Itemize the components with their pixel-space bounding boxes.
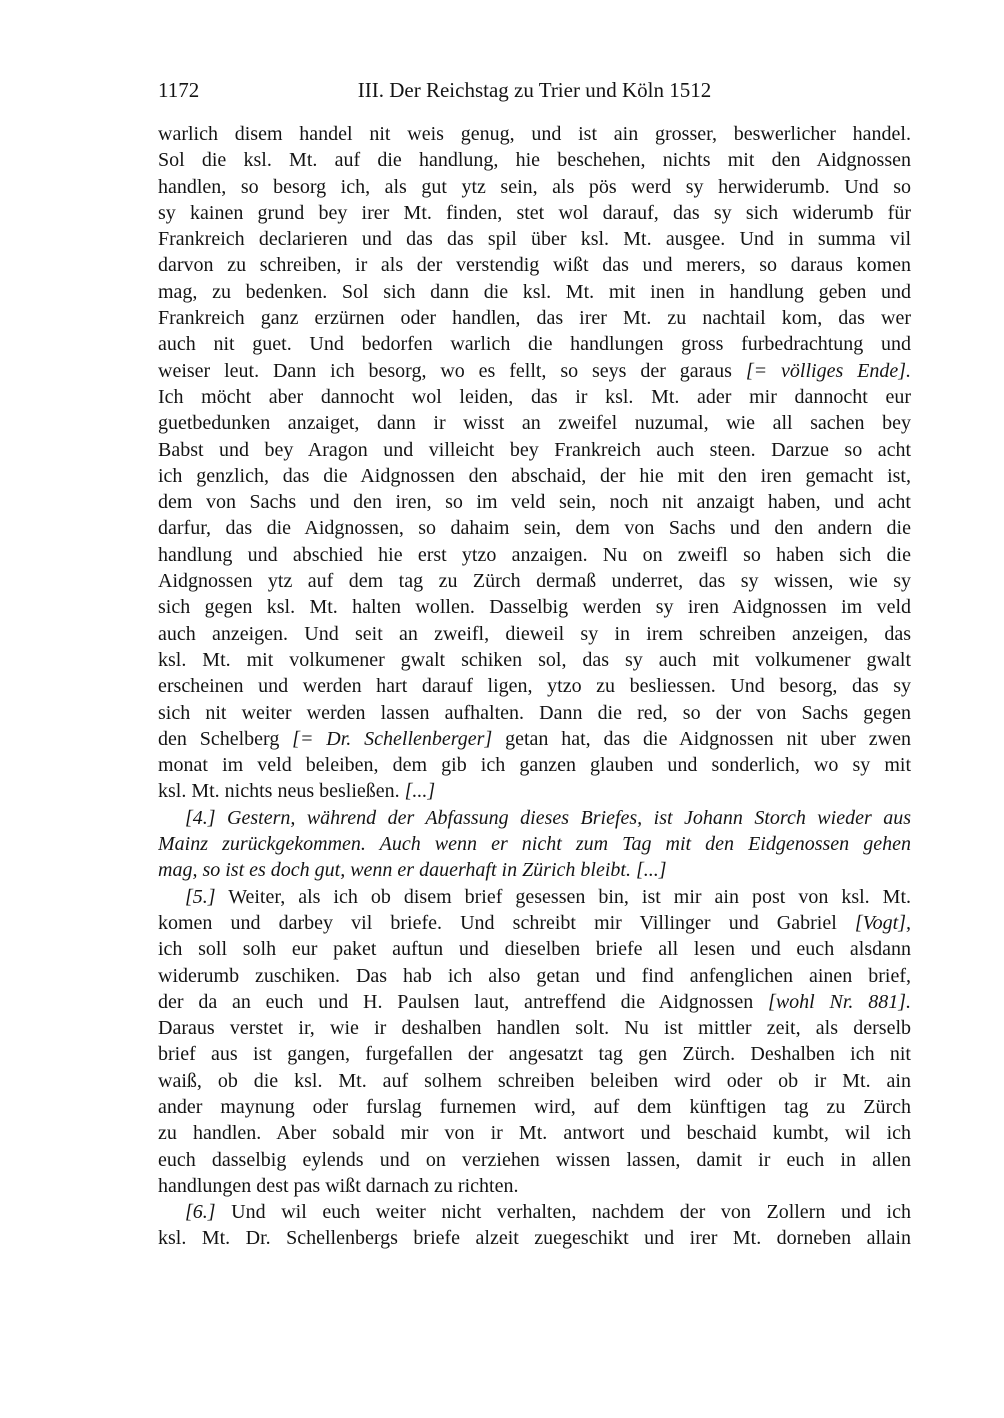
text-segment: zu handlen. Aber sobald mir von ir Mt. a…: [158, 1122, 911, 1144]
text-line: sich nit weiter werden lassen aufhalten.…: [158, 700, 911, 726]
text-segment: sich gegen ksl. Mt. halten wollen. Dasse…: [158, 596, 911, 618]
text-line: Mainz zurückgekommen. Auch wenn er nicht…: [158, 831, 911, 857]
text-segment: handlen, so besorg ich, als gut ytz sein…: [158, 176, 911, 198]
text-segment: Daraus verstet ir, wie ir deshalben hand…: [158, 1017, 911, 1039]
text-segment: sich nit weiter werden lassen aufhalten.…: [158, 702, 911, 724]
text-segment: [5.]: [185, 886, 216, 908]
text-segment: [...]: [405, 780, 436, 802]
text-line: ich genzlich, das die Aidgnossen den abs…: [158, 463, 911, 489]
text-line: Frankreich ganz erzürnen oder handlen, d…: [158, 305, 911, 331]
text-line: Ich möcht aber dannocht wol leiden, das …: [158, 384, 911, 410]
text-line: [6.] Und wil euch weiter nicht verhalten…: [158, 1199, 911, 1225]
text-segment: auch nit guet. Und bedorfen warlich die …: [158, 333, 911, 355]
text-segment: Und wil euch weiter nicht verhalten, nac…: [216, 1201, 911, 1223]
text-segment: Babst und bey Aragon und villeicht bey F…: [158, 439, 911, 461]
text-segment: darfur, das die Aidgnossen, so dahaim se…: [158, 517, 911, 539]
text-segment: waiß, ob die ksl. Mt. auf solhem schreib…: [158, 1070, 911, 1092]
text-segment: dem von Sachs und den iren, so im veld s…: [158, 491, 911, 513]
text-line: ander maynung oder furslag furnemen wird…: [158, 1094, 911, 1120]
text-segment: ich soll solh eur paket auftun und diese…: [158, 938, 911, 960]
text-line: ksl. Mt. nichts neus besließen. [...]: [158, 778, 911, 804]
text-segment: mag, zu bedenken. Sol sich dann die ksl.…: [158, 281, 911, 303]
text-segment: [Vogt],: [855, 912, 911, 934]
text-segment: monat im veld beleiben, dem gib ich ganz…: [158, 754, 911, 776]
text-segment: getan hat, das die Aidgnossen nit uber z…: [492, 728, 911, 750]
running-header: 1172 III. Der Reichstag zu Trier und Köl…: [158, 78, 911, 102]
page-body: warlich disem handel nit weis genug, und…: [158, 121, 911, 1252]
text-segment: guetbedunken anzaiget, dann ir wisst an …: [158, 412, 911, 434]
text-line: weiser leut. Dann ich besorg, wo es fell…: [158, 358, 911, 384]
text-line: Babst und bey Aragon und villeicht bey F…: [158, 437, 911, 463]
text-segment: erscheinen und werden hart darauf ligen,…: [158, 675, 911, 697]
text-segment: der da an euch und H. Paulsen laut, antr…: [158, 991, 768, 1013]
text-segment: auch anzeigen. Und seit an zweifl, diewe…: [158, 623, 911, 645]
text-segment: handlungen dest pas wißt darnach zu rich…: [158, 1175, 518, 1197]
paragraph: [4.] Gestern, während der Abfassung dies…: [158, 805, 911, 884]
text-line: handlen, so besorg ich, als gut ytz sein…: [158, 174, 911, 200]
text-line: der da an euch und H. Paulsen laut, antr…: [158, 989, 911, 1015]
text-segment: den Schelberg: [158, 728, 292, 750]
text-segment: brief aus ist gangen, furgefallen der an…: [158, 1043, 911, 1065]
text-segment: darvon zu schreiben, ir als der verstend…: [158, 254, 911, 276]
text-line: ksl. Mt. Dr. Schellenbergs briefe alzeit…: [158, 1225, 911, 1251]
text-segment: ich genzlich, das die Aidgnossen den abs…: [158, 465, 911, 487]
text-line: Frankreich declarieren und das das spil …: [158, 226, 911, 252]
text-segment: [= völliges Ende].: [746, 360, 911, 382]
paragraph: [5.] Weiter, als ich ob disem brief gese…: [158, 884, 911, 1200]
text-line: ksl. Mt. mit volkumener gwalt schiken so…: [158, 647, 911, 673]
text-segment: widerumb zuschiken. Das hab ich also get…: [158, 965, 911, 987]
text-segment: weiser leut. Dann ich besorg, wo es fell…: [158, 360, 746, 382]
text-line: sich gegen ksl. Mt. halten wollen. Dasse…: [158, 594, 911, 620]
text-segment: komen und darbey vil briefe. Und schreib…: [158, 912, 855, 934]
text-line: handlungen dest pas wißt darnach zu rich…: [158, 1173, 911, 1199]
text-line: mag, so ist es doch gut, wenn er dauerha…: [158, 857, 911, 883]
text-line: ich soll solh eur paket auftun und diese…: [158, 936, 911, 962]
text-line: guetbedunken anzaiget, dann ir wisst an …: [158, 410, 911, 436]
text-segment: ander maynung oder furslag furnemen wird…: [158, 1096, 911, 1118]
text-line: [5.] Weiter, als ich ob disem brief gese…: [158, 884, 911, 910]
text-segment: Frankreich ganz erzürnen oder handlen, d…: [158, 307, 911, 329]
text-line: komen und darbey vil briefe. Und schreib…: [158, 910, 911, 936]
text-line: monat im veld beleiben, dem gib ich ganz…: [158, 752, 911, 778]
text-line: waiß, ob die ksl. Mt. auf solhem schreib…: [158, 1068, 911, 1094]
text-line: widerumb zuschiken. Das hab ich also get…: [158, 963, 911, 989]
text-segment: handlung und abschied hie erst ytzo anza…: [158, 544, 911, 566]
text-line: darfur, das die Aidgnossen, so dahaim se…: [158, 515, 911, 541]
text-segment: Frankreich declarieren und das das spil …: [158, 228, 911, 250]
text-line: zu handlen. Aber sobald mir von ir Mt. a…: [158, 1120, 911, 1146]
text-line: warlich disem handel nit weis genug, und…: [158, 121, 911, 147]
running-head-title: III. Der Reichstag zu Trier und Köln 151…: [158, 78, 911, 102]
text-line: [4.] Gestern, während der Abfassung dies…: [158, 805, 911, 831]
book-page: 1172 III. Der Reichstag zu Trier und Köl…: [0, 0, 1004, 1418]
text-segment: [= Dr. Schellenberger]: [292, 728, 492, 750]
text-segment: [4.] Gestern, während der Abfassung dies…: [185, 807, 911, 829]
text-line: brief aus ist gangen, furgefallen der an…: [158, 1041, 911, 1067]
text-segment: sy kainen grund bey irer Mt. finden, ste…: [158, 202, 911, 224]
text-segment: Mainz zurückgekommen. Auch wenn er nicht…: [158, 833, 911, 855]
page-number: 1172: [158, 78, 199, 102]
text-line: dem von Sachs und den iren, so im veld s…: [158, 489, 911, 515]
text-line: auch nit guet. Und bedorfen warlich die …: [158, 331, 911, 357]
text-segment: ksl. Mt. nichts neus besließen.: [158, 780, 405, 802]
text-segment: mag, so ist es doch gut, wenn er dauerha…: [158, 859, 667, 881]
text-line: darvon zu schreiben, ir als der verstend…: [158, 252, 911, 278]
text-segment: [6.]: [185, 1201, 216, 1223]
text-segment: [wohl Nr. 881].: [768, 991, 911, 1013]
text-line: euch dasselbig eylends und on verziehen …: [158, 1147, 911, 1173]
text-line: Aidgnossen ytz auf dem tag zu Zürch derm…: [158, 568, 911, 594]
text-segment: warlich disem handel nit weis genug, und…: [158, 123, 911, 145]
text-segment: Sol die ksl. Mt. auf die handlung, hie b…: [158, 149, 911, 171]
text-line: auch anzeigen. Und seit an zweifl, diewe…: [158, 621, 911, 647]
text-segment: Ich möcht aber dannocht wol leiden, das …: [158, 386, 911, 408]
paragraph: [6.] Und wil euch weiter nicht verhalten…: [158, 1199, 911, 1252]
text-line: handlung und abschied hie erst ytzo anza…: [158, 542, 911, 568]
text-segment: Weiter, als ich ob disem brief gesessen …: [216, 886, 911, 908]
paragraph: warlich disem handel nit weis genug, und…: [158, 121, 911, 805]
text-line: erscheinen und werden hart darauf ligen,…: [158, 673, 911, 699]
text-segment: Aidgnossen ytz auf dem tag zu Zürch derm…: [158, 570, 911, 592]
text-segment: euch dasselbig eylends und on verziehen …: [158, 1149, 911, 1171]
text-line: sy kainen grund bey irer Mt. finden, ste…: [158, 200, 911, 226]
text-line: mag, zu bedenken. Sol sich dann die ksl.…: [158, 279, 911, 305]
text-line: den Schelberg [= Dr. Schellenberger] get…: [158, 726, 911, 752]
text-line: Daraus verstet ir, wie ir deshalben hand…: [158, 1015, 911, 1041]
text-line: Sol die ksl. Mt. auf die handlung, hie b…: [158, 147, 911, 173]
text-segment: ksl. Mt. mit volkumener gwalt schiken so…: [158, 649, 911, 671]
text-segment: ksl. Mt. Dr. Schellenbergs briefe alzeit…: [158, 1227, 911, 1249]
